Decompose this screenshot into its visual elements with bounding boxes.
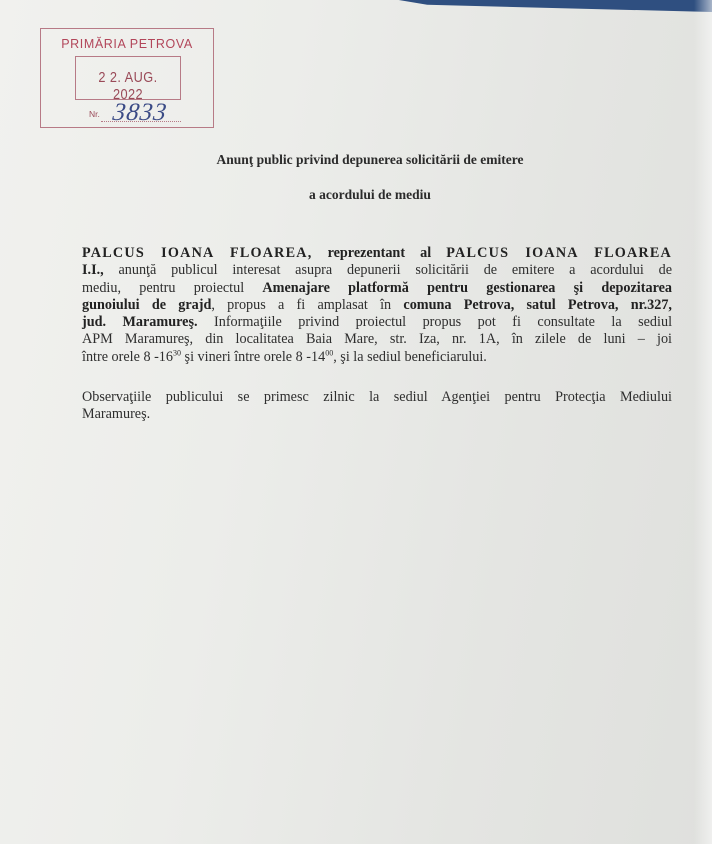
hours-superscript-1: 30 (173, 348, 181, 357)
page-edge-shade (694, 0, 712, 844)
registration-stamp: PRIMĂRIA PETROVA 2 2. AUG. 2022 Nr. 3833 (40, 28, 214, 128)
stamp-number-value: 3833 (111, 99, 169, 127)
document-title-line-1: Anunţ public privind depunerea solicităr… (150, 152, 590, 168)
hours-middle: şi vineri între orele 8 -14 (181, 349, 325, 365)
announcement-paragraph: PALCUS IOANA FLOAREA, reprezentant al PA… (82, 245, 672, 366)
paragraph-line: Maramureş. (82, 406, 672, 423)
stamp-date: 2 2. AUG. 2022 (84, 69, 172, 103)
entity-suffix: I.I., (82, 262, 104, 278)
paragraph-line: între orele 8 -1630 şi vineri între orel… (82, 349, 672, 366)
location-intro: , propus a fi amplasat în (211, 297, 391, 313)
paragraph-line: Observaţiile publicului se primesc zilni… (82, 389, 672, 406)
role-text: reprezentant al (328, 245, 432, 261)
hours-prefix: între orele 8 -16 (82, 349, 173, 365)
observations-paragraph: Observaţiile publicului se primesc zilni… (82, 389, 672, 424)
project-name-part-2: gunoiului de grajd (82, 297, 211, 313)
paragraph-line: mediu, pentru proiectul Amenajare platfo… (82, 280, 672, 297)
county: jud. Maramureş. (82, 314, 198, 330)
project-name-part-1: Amenajare platformă pentru gestionarea ş… (262, 280, 672, 296)
paragraph-line: APM Maramureş, din localitatea Baia Mare… (82, 331, 672, 348)
announce-text: anunţă publicul interesat asupra depuner… (118, 262, 672, 278)
stamp-date-box: 2 2. AUG. 2022 (75, 56, 181, 100)
info-text: Informaţiile privind proiectul propus po… (214, 314, 672, 330)
announce-text-2: mediu, pentru proiectul (82, 280, 244, 296)
project-location: comuna Petrova, satul Petrova, nr.327, (403, 297, 672, 313)
paragraph-line: jud. Maramureş. Informaţiile privind pro… (82, 314, 672, 331)
document-title-line-2: a acordului de mediu (150, 187, 590, 203)
entity-name: PALCUS IOANA FLOAREA (446, 245, 672, 261)
paragraph-line: gunoiului de grajd, propus a fi amplasat… (82, 297, 672, 314)
applicant-name: PALCUS IOANA FLOAREA, (82, 245, 312, 261)
hours-suffix: , şi la sediul beneficiarului. (333, 349, 487, 365)
stamp-institution: PRIMĂRIA PETROVA (41, 37, 213, 51)
info-text-2: APM Maramureş, din localitatea Baia Mare… (82, 331, 672, 347)
hours-superscript-2: 00 (325, 348, 333, 357)
paragraph-line: I.I., anunţă publicul interesat asupra d… (82, 262, 672, 279)
stamp-number-label: Nr. (89, 109, 100, 119)
paragraph-line: PALCUS IOANA FLOAREA, reprezentant al PA… (82, 245, 672, 262)
